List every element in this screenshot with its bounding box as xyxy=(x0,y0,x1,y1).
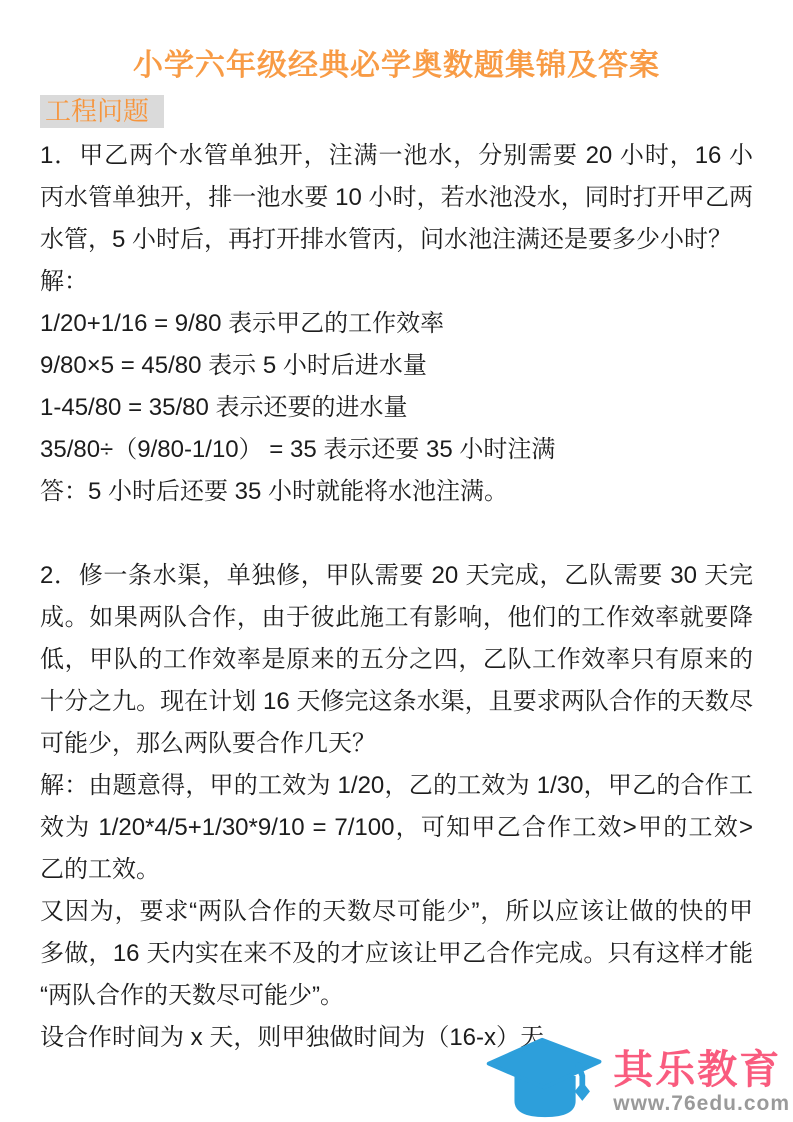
graduation-cap-icon xyxy=(483,1034,609,1120)
watermark-logo: 其乐教育 www.76edu.com xyxy=(483,1034,790,1120)
problem2-solution-line: 多做，16 天内实在来不及的才应该让甲乙合作完成。只有这样才能 xyxy=(40,933,753,975)
problem1-solution-label: 解： xyxy=(40,261,753,303)
document-body: 1．甲乙两个水管单独开，注满一池水，分别需要 20 小时，16 小时. 丙水管单… xyxy=(40,135,753,1059)
logo-brand-name: 其乐教育 xyxy=(613,1048,790,1092)
section-label-row: 工程问题 xyxy=(40,86,753,128)
problem1-equation: 1/20+1/16 = 9/80 表示甲乙的工作效率 xyxy=(40,303,753,345)
page-title: 小学六年级经典必学奥数题集锦及答案 xyxy=(40,46,753,86)
logo-text-block: 其乐教育 www.76edu.com xyxy=(613,1048,790,1120)
problem2-solution-line: 解：由题意得，甲的工效为 1/20，乙的工效为 1/30，甲乙的合作工 xyxy=(40,765,753,807)
problem1-answer: 答：5 小时后还要 35 小时就能将水池注满。 xyxy=(40,471,753,513)
problem1-line: 丙水管单独开，排一池水要 10 小时，若水池没水，同时打开甲乙两 xyxy=(40,177,753,219)
problem2-line: 可能少，那么两队要合作几天？ xyxy=(40,723,753,765)
problem1-equation: 9/80×5 = 45/80 表示 5 小时后进水量 xyxy=(40,345,753,387)
problem1-line: 水管，5 小时后，再打开排水管丙，问水池注满还是要多少小时？ xyxy=(40,219,753,261)
problem2-line: 低，甲队的工作效率是原来的五分之四，乙队工作效率只有原来的 xyxy=(40,639,753,681)
problem2-line: 十分之九。现在计划 16 天修完这条水渠，且要求两队合作的天数尽 xyxy=(40,681,753,723)
problem2-solution-line: 效为 1/20*4/5+1/30*9/10 = 7/100，可知甲乙合作工效>甲… xyxy=(40,807,753,849)
document-page: 小学六年级经典必学奥数题集锦及答案 工程问题 1．甲乙两个水管单独开，注满一池水… xyxy=(0,0,793,1122)
section-label: 工程问题 xyxy=(40,95,164,128)
problem2-solution-line: 又因为，要求“两队合作的天数尽可能少”，所以应该让做的快的甲 xyxy=(40,891,753,933)
problem2-solution-line: 乙的工效。 xyxy=(40,849,753,891)
problem1-line: 1．甲乙两个水管单独开，注满一池水，分别需要 20 小时，16 小时. xyxy=(40,135,753,177)
problem-2: 2．修一条水渠，单独修，甲队需要 20 天完成，乙队需要 30 天完 成。如果两… xyxy=(40,555,753,1059)
problem-1: 1．甲乙两个水管单独开，注满一池水，分别需要 20 小时，16 小时. 丙水管单… xyxy=(40,135,753,513)
problem1-equation: 1-45/80 = 35/80 表示还要的进水量 xyxy=(40,387,753,429)
problem2-line: 2．修一条水渠，单独修，甲队需要 20 天完成，乙队需要 30 天完 xyxy=(40,555,753,597)
problem2-line: 成。如果两队合作，由于彼此施工有影响，他们的工作效率就要降 xyxy=(40,597,753,639)
problem1-equation: 35/80÷（9/80-1/10） = 35 表示还要 35 小时注满 xyxy=(40,429,753,471)
logo-website-url: www.76edu.com xyxy=(613,1092,790,1116)
document-content: 小学六年级经典必学奥数题集锦及答案 工程问题 1．甲乙两个水管单独开，注满一池水… xyxy=(40,0,753,1059)
problem2-solution-line: “两队合作的天数尽可能少”。 xyxy=(40,975,753,1017)
